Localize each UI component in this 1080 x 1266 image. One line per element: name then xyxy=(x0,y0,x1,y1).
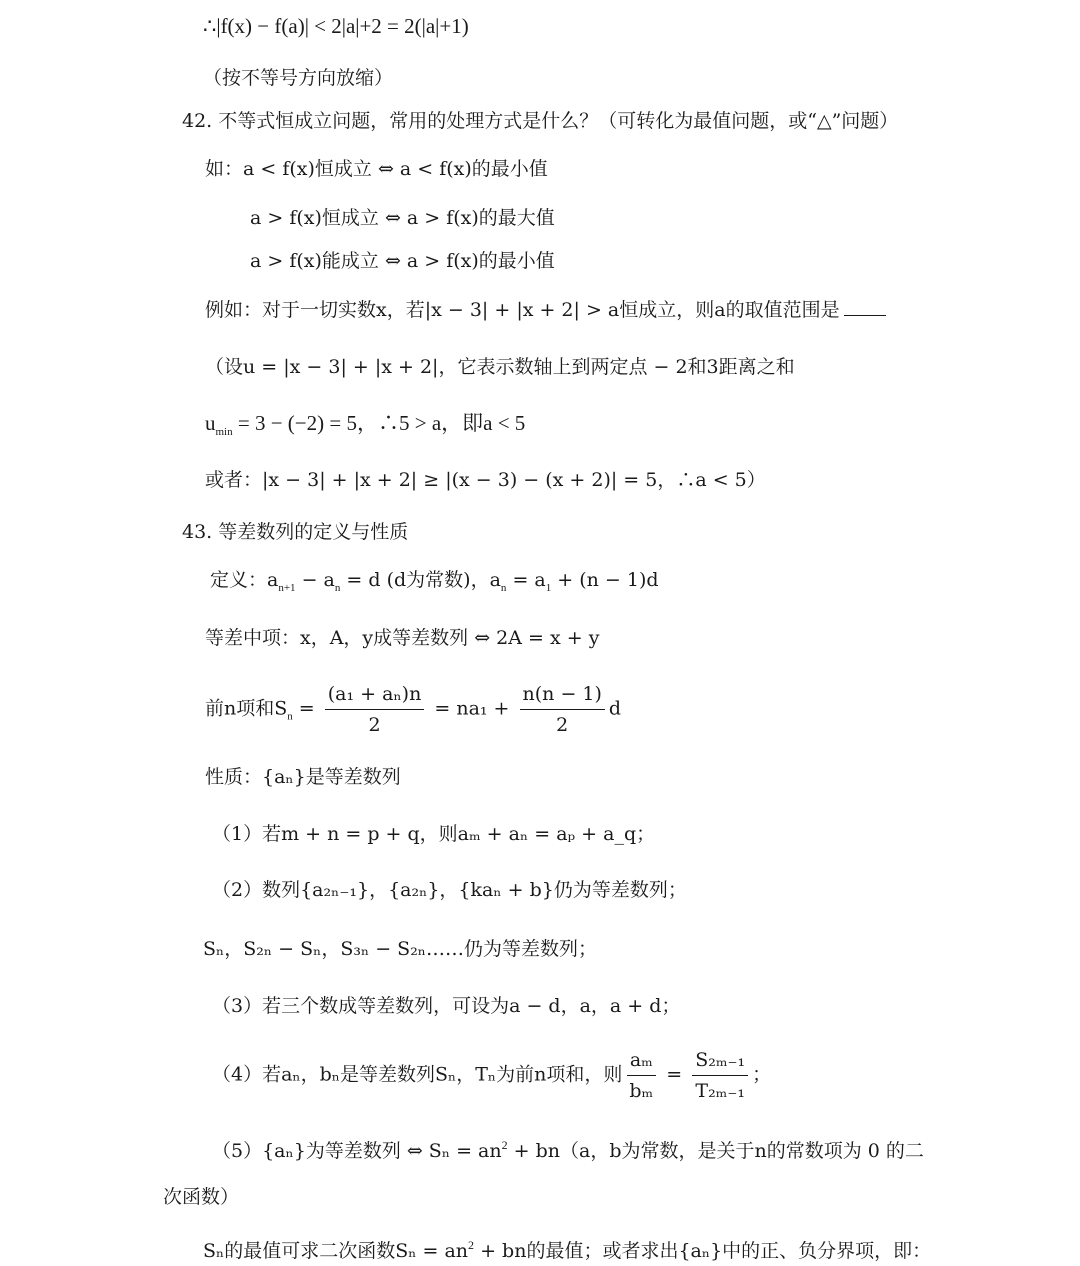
rule-2: a > f(x)恒成立 ⇔ a > f(x)的最大值 xyxy=(250,206,555,230)
scaling-note: （按不等号方向放缩） xyxy=(203,66,393,90)
last-part: + bn的最值；或者求出{aₙ}中的正、负分界项，即： xyxy=(474,1240,931,1262)
sum-middle: = na₁ + xyxy=(428,698,515,720)
fraction-1: (a₁ + aₙ)n2 xyxy=(325,681,425,738)
def-part: 定义：a xyxy=(210,569,278,591)
p4-end: ； xyxy=(752,1064,771,1086)
property-3: （3）若三个数成等差数列，可设为a − d，a，a + d； xyxy=(212,994,680,1018)
property-intro: 性质：{aₙ}是等差数列 xyxy=(205,765,401,789)
example-question: 例如：对于一切实数x，若|x − 3| + |x + 2| > a恒成立，则a的… xyxy=(205,297,886,322)
numerator: S₂ₘ₋₁ xyxy=(692,1047,748,1076)
p5-part: （5）{aₙ}为等差数列 ⇔ Sₙ = an xyxy=(212,1140,502,1162)
def-part: − a xyxy=(296,569,335,591)
min-subscript: min xyxy=(216,426,233,438)
rule-3: a > f(x)能成立 ⇔ a > f(x)的最小值 xyxy=(250,249,555,273)
ratio-ab: aₘbₘ xyxy=(626,1047,656,1104)
extremum-note: Sₙ的最值可求二次函数Sₙ = an2 + bn的最值；或者求出{aₙ}中的正、… xyxy=(203,1233,931,1263)
property-2: （2）数列{a₂ₙ₋₁}，{a₂ₙ}，{kaₙ + b}仍为等差数列； xyxy=(212,878,687,902)
property-2b: Sₙ，S₂ₙ − Sₙ，S₃ₙ − S₂ₙ……仍为等差数列； xyxy=(203,937,597,961)
numerator: aₘ xyxy=(627,1047,656,1076)
ratio-st: S₂ₘ₋₁T₂ₘ₋₁ xyxy=(692,1047,748,1104)
fraction-2: n(n − 1)2 xyxy=(520,681,605,738)
example-question-text: 例如：对于一切实数x，若|x − 3| + |x + 2| > a恒成立，则a的… xyxy=(205,299,840,321)
solution-1: （设u = |x − 3| + |x + 2|，它表示数轴上到两定点 − 2和3… xyxy=(205,355,795,379)
sum-label: 前n项和S xyxy=(205,698,287,720)
def-part: + (n − 1)d xyxy=(551,569,658,591)
solution-3: 或者：|x − 3| + |x + 2| ≥ |(x − 3) − (x + 2… xyxy=(205,468,766,492)
inequality-conclusion: ∴|f(x) − f(a)| < 2|a|+2 = 2(|a|+1) xyxy=(203,14,469,38)
def-sub: n+1 xyxy=(278,582,295,594)
def-part: = a xyxy=(506,569,545,591)
solution-2-text: = 3 − (−2) = 5，∴5 > a，即a < 5 xyxy=(233,411,526,435)
denominator: 2 xyxy=(553,710,571,738)
section-43-title: 43. 等差数列的定义与性质 xyxy=(182,520,408,544)
solution-2: umin = 3 − (−2) = 5，∴5 > a，即a < 5 xyxy=(205,411,525,444)
def-part: = d (d为常数)，a xyxy=(340,569,501,591)
property-1: （1）若m + n = p + q，则aₘ + aₙ = aₚ + a_q； xyxy=(212,822,655,846)
property-5: （5）{aₙ}为等差数列 ⇔ Sₙ = an2 + bn（a，b为常数，是关于n… xyxy=(212,1133,924,1163)
denominator: bₘ xyxy=(626,1076,656,1104)
numerator: (a₁ + aₙ)n xyxy=(325,681,425,710)
p5-part: + bn（a，b为常数，是关于n的常数项为 0 的二 xyxy=(508,1140,924,1162)
last-part: Sₙ的最值可求二次函数Sₙ = an xyxy=(203,1240,468,1262)
p4-text: （4）若aₙ，bₙ是等差数列Sₙ，Tₙ为前n项和，则 xyxy=(212,1064,622,1086)
property-5-cont: 次函数） xyxy=(163,1185,239,1209)
definition: 定义：an+1 − an = d (d为常数)，an = a1 + (n − 1… xyxy=(210,568,659,600)
arithmetic-mean: 等差中项：x，A，y成等差数列 ⇔ 2A = x + y xyxy=(205,626,599,650)
rule-1: 如：a < f(x)恒成立 ⇔ a < f(x)的最小值 xyxy=(205,157,548,181)
equals: = xyxy=(293,698,321,720)
sum-end: d xyxy=(609,698,621,720)
numerator: n(n − 1) xyxy=(520,681,605,710)
sum-formula: 前n项和Sn = (a₁ + aₙ)n2 = na₁ + n(n − 1)2d xyxy=(205,681,621,738)
denominator: 2 xyxy=(366,710,384,738)
u-var: u xyxy=(205,411,216,435)
section-42-title: 42. 不等式恒成立问题，常用的处理方式是什么？（可转化为最值问题，或“△”问题… xyxy=(182,109,898,133)
property-4: （4）若aₙ，bₙ是等差数列Sₙ，Tₙ为前n项和，则aₘbₘ = S₂ₘ₋₁T₂… xyxy=(212,1047,771,1104)
answer-blank xyxy=(844,297,886,316)
equals: = xyxy=(660,1064,688,1086)
denominator: T₂ₘ₋₁ xyxy=(692,1076,748,1104)
